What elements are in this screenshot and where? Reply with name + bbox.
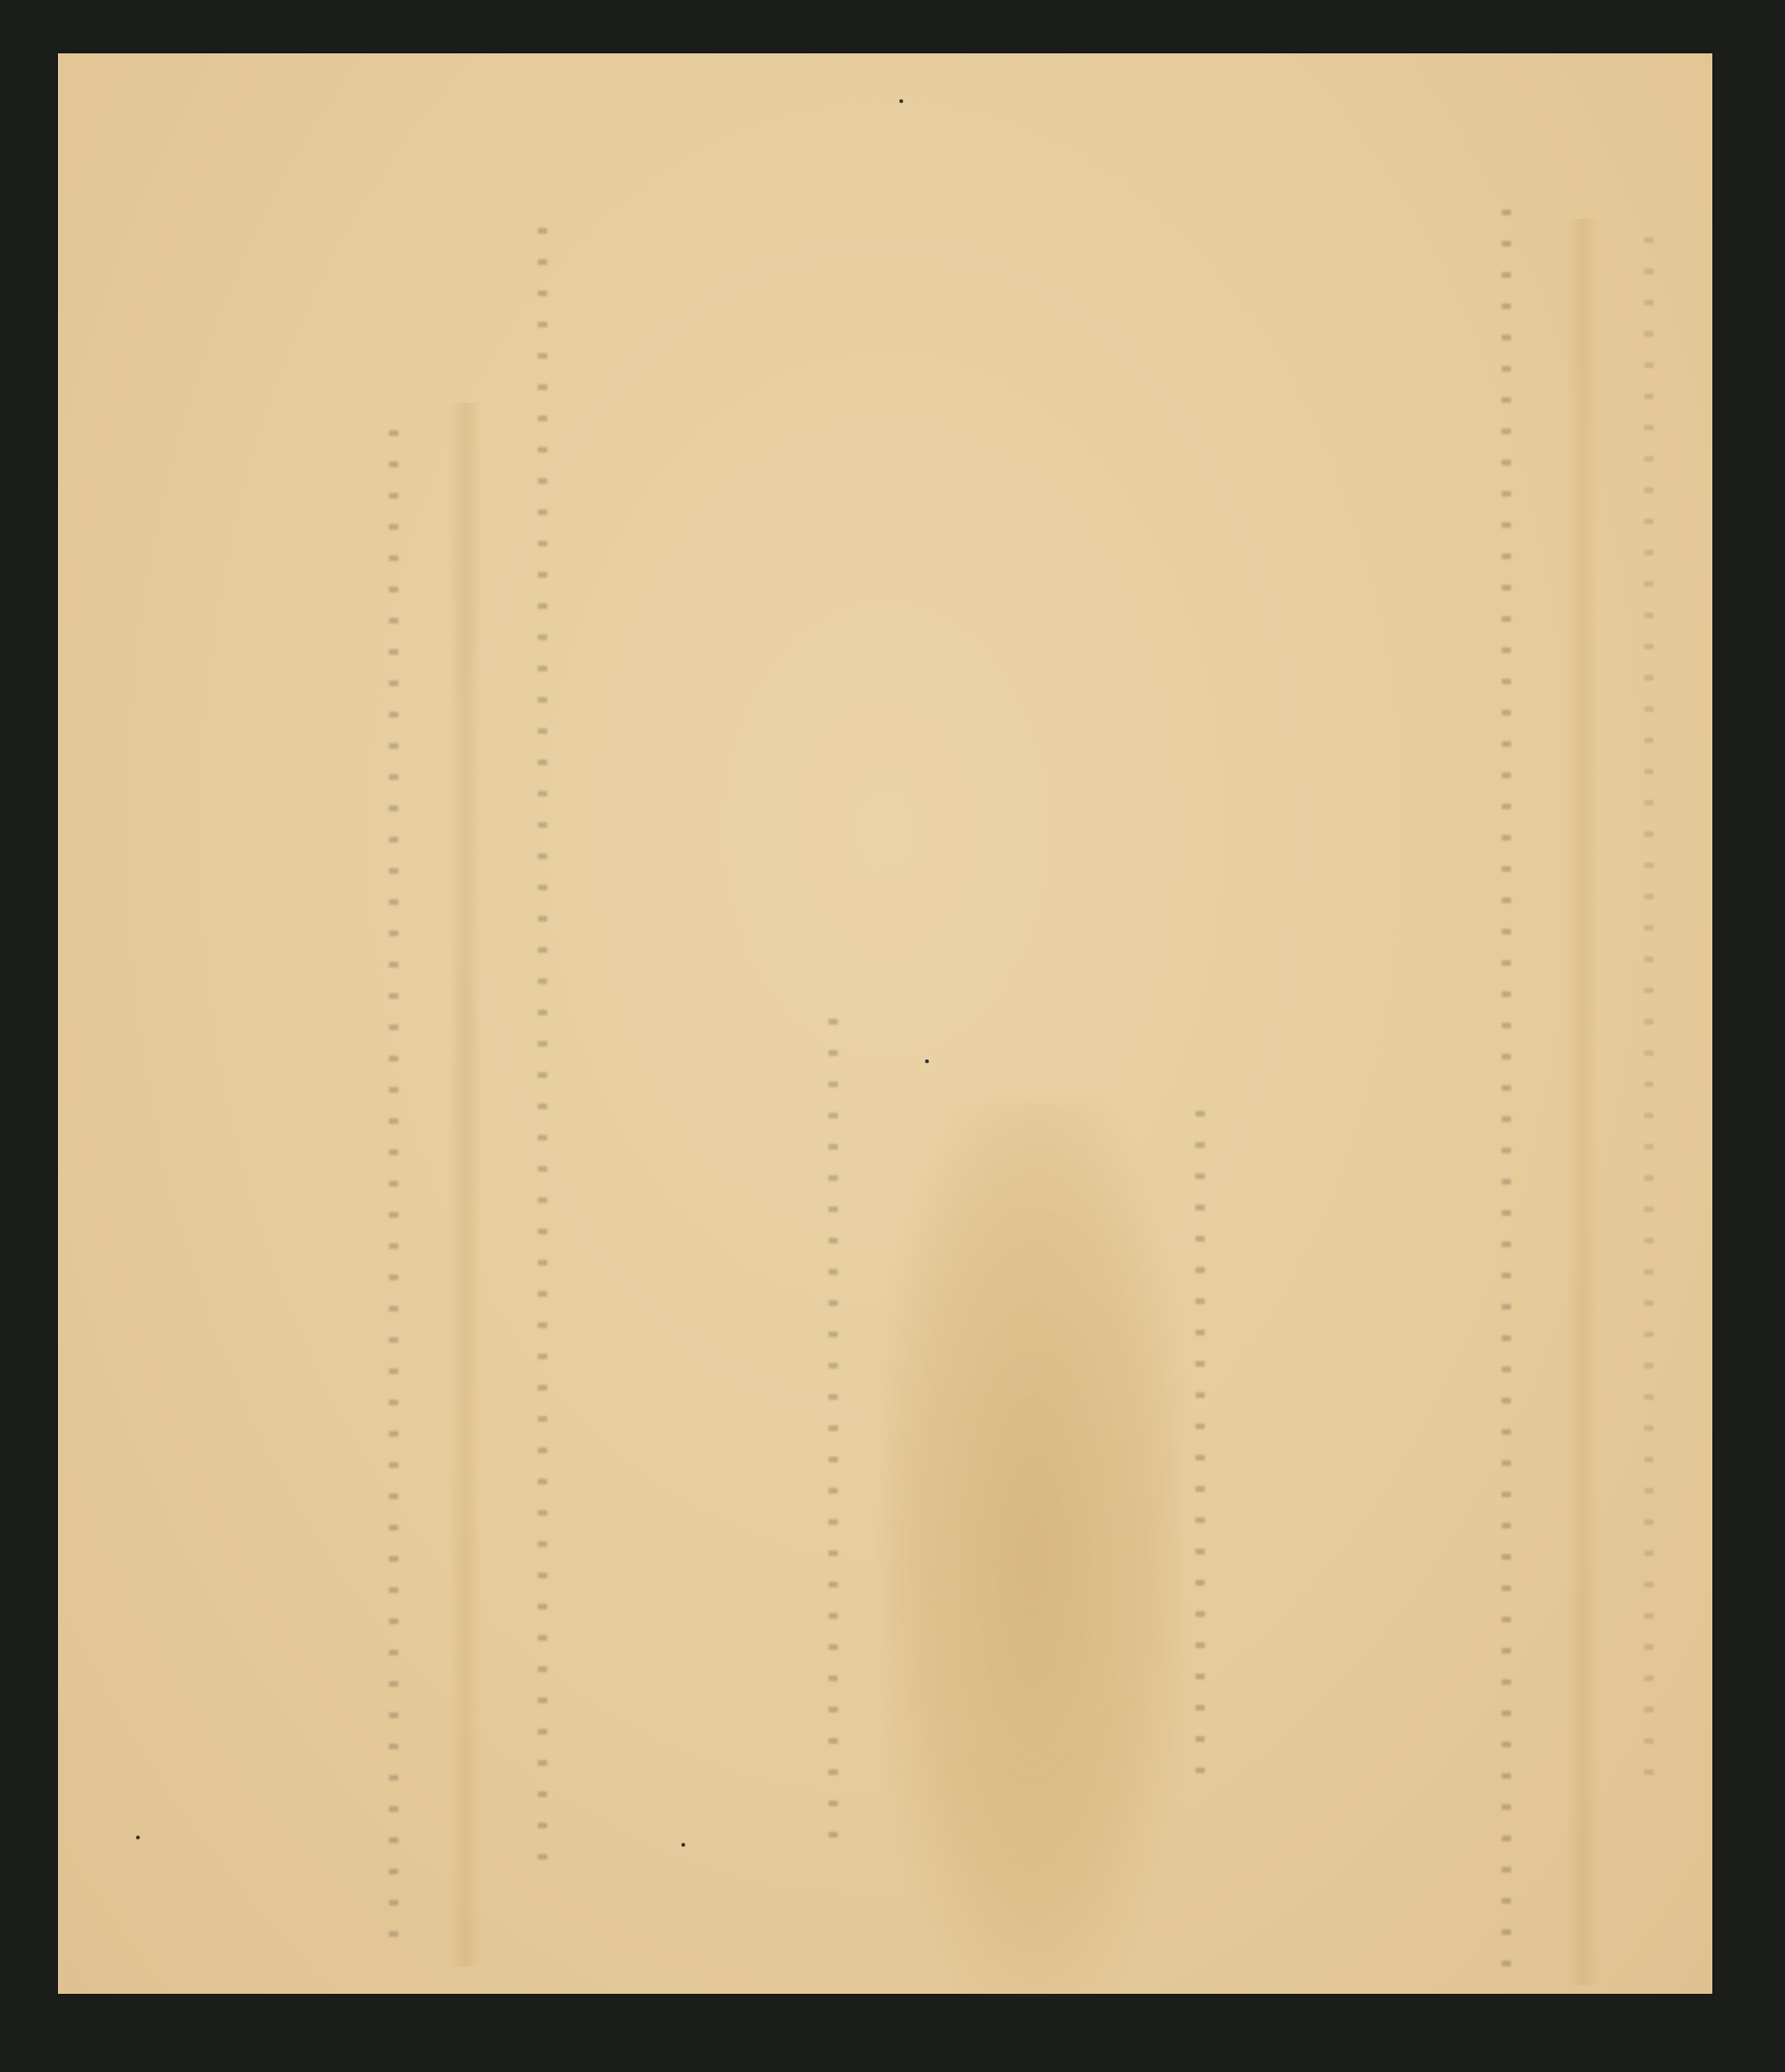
- fold-line: [449, 403, 482, 1966]
- show-through-mark: [829, 1019, 838, 1847]
- show-through-mark: [1502, 210, 1511, 1985]
- show-through-mark: [538, 228, 547, 1883]
- ink-speck: [681, 1843, 685, 1847]
- ink-speck: [925, 1059, 929, 1063]
- ink-speck: [136, 1836, 140, 1839]
- show-through-mark: [1644, 237, 1653, 1801]
- paper-sheet: [58, 53, 1712, 1994]
- show-through-mark: [1196, 1111, 1205, 1782]
- fold-line: [1566, 219, 1599, 1985]
- show-through-mark: [389, 430, 398, 1939]
- water-stain: [886, 1102, 1180, 1994]
- ink-speck: [899, 99, 903, 103]
